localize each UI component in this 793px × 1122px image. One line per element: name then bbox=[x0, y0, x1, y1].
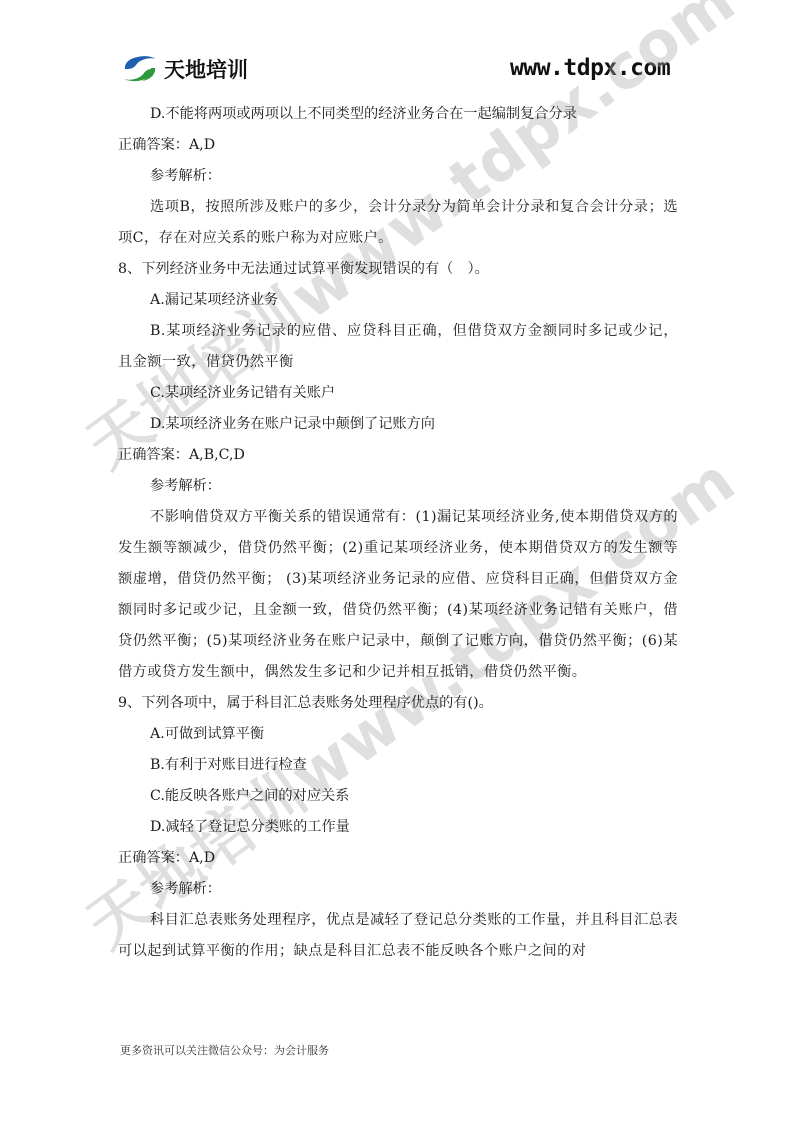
q9-option-b: B.有利于对账目进行检查 bbox=[118, 750, 678, 781]
q8-option-a: A.漏记某项经济业务 bbox=[118, 285, 678, 316]
q9-option-c: C.能反映各账户之间的对应关系 bbox=[118, 781, 678, 812]
q9-question: 9、下列各项中，属于科目汇总表账务处理程序优点的有()。 bbox=[118, 688, 678, 719]
q9-option-d: D.减轻了登记总分类账的工作量 bbox=[118, 812, 678, 843]
q8-answer: 正确答案：A,B,C,D bbox=[118, 440, 678, 471]
q8-analysis-label: 参考解析： bbox=[118, 471, 678, 502]
q8-option-b: B.某项经济业务记录的应借、应贷科目正确，但借贷双方金额同时多记或少记，且金额一… bbox=[118, 316, 678, 378]
q8-option-c: C.某项经济业务记错有关账户 bbox=[118, 378, 678, 409]
q9-analysis: 科目汇总表账务处理程序，优点是减轻了登记总分类账的工作量，并且科目汇总表可以起到… bbox=[118, 905, 678, 967]
brand-logo: 天地培训 bbox=[120, 52, 248, 86]
q8-question: 8、下列经济业务中无法通过试算平衡发现错误的有（ ）。 bbox=[118, 254, 678, 285]
q7-option-d: D.不能将两项或两项以上不同类型的经济业务合在一起编制复合分录 bbox=[118, 99, 678, 130]
tdpx-swoosh-logo-icon bbox=[120, 53, 160, 85]
site-url: www.tdpx.com bbox=[510, 55, 670, 81]
brand-name: 天地培训 bbox=[164, 54, 248, 84]
page-header: 天地培训 www.tdpx.com bbox=[0, 0, 793, 100]
q7-analysis-label: 参考解析： bbox=[118, 161, 678, 192]
document-body: D.不能将两项或两项以上不同类型的经济业务合在一起编制复合分录 正确答案：A,D… bbox=[118, 99, 678, 967]
q9-option-a: A.可做到试算平衡 bbox=[118, 719, 678, 750]
q7-answer: 正确答案：A,D bbox=[118, 130, 678, 161]
page-footer: 更多资讯可以关注微信公众号：为会计服务 bbox=[120, 1042, 329, 1058]
q8-analysis: 不影响借贷双方平衡关系的错误通常有：(1)漏记某项经济业务,使本期借贷双方的发生… bbox=[118, 502, 678, 688]
q9-analysis-label: 参考解析： bbox=[118, 874, 678, 905]
q7-analysis: 选项B，按照所涉及账户的多少，会计分录分为简单会计分录和复合会计分录；选项C，存… bbox=[118, 192, 678, 254]
q8-option-d: D.某项经济业务在账户记录中颠倒了记账方向 bbox=[118, 409, 678, 440]
q9-answer: 正确答案：A,D bbox=[118, 843, 678, 874]
